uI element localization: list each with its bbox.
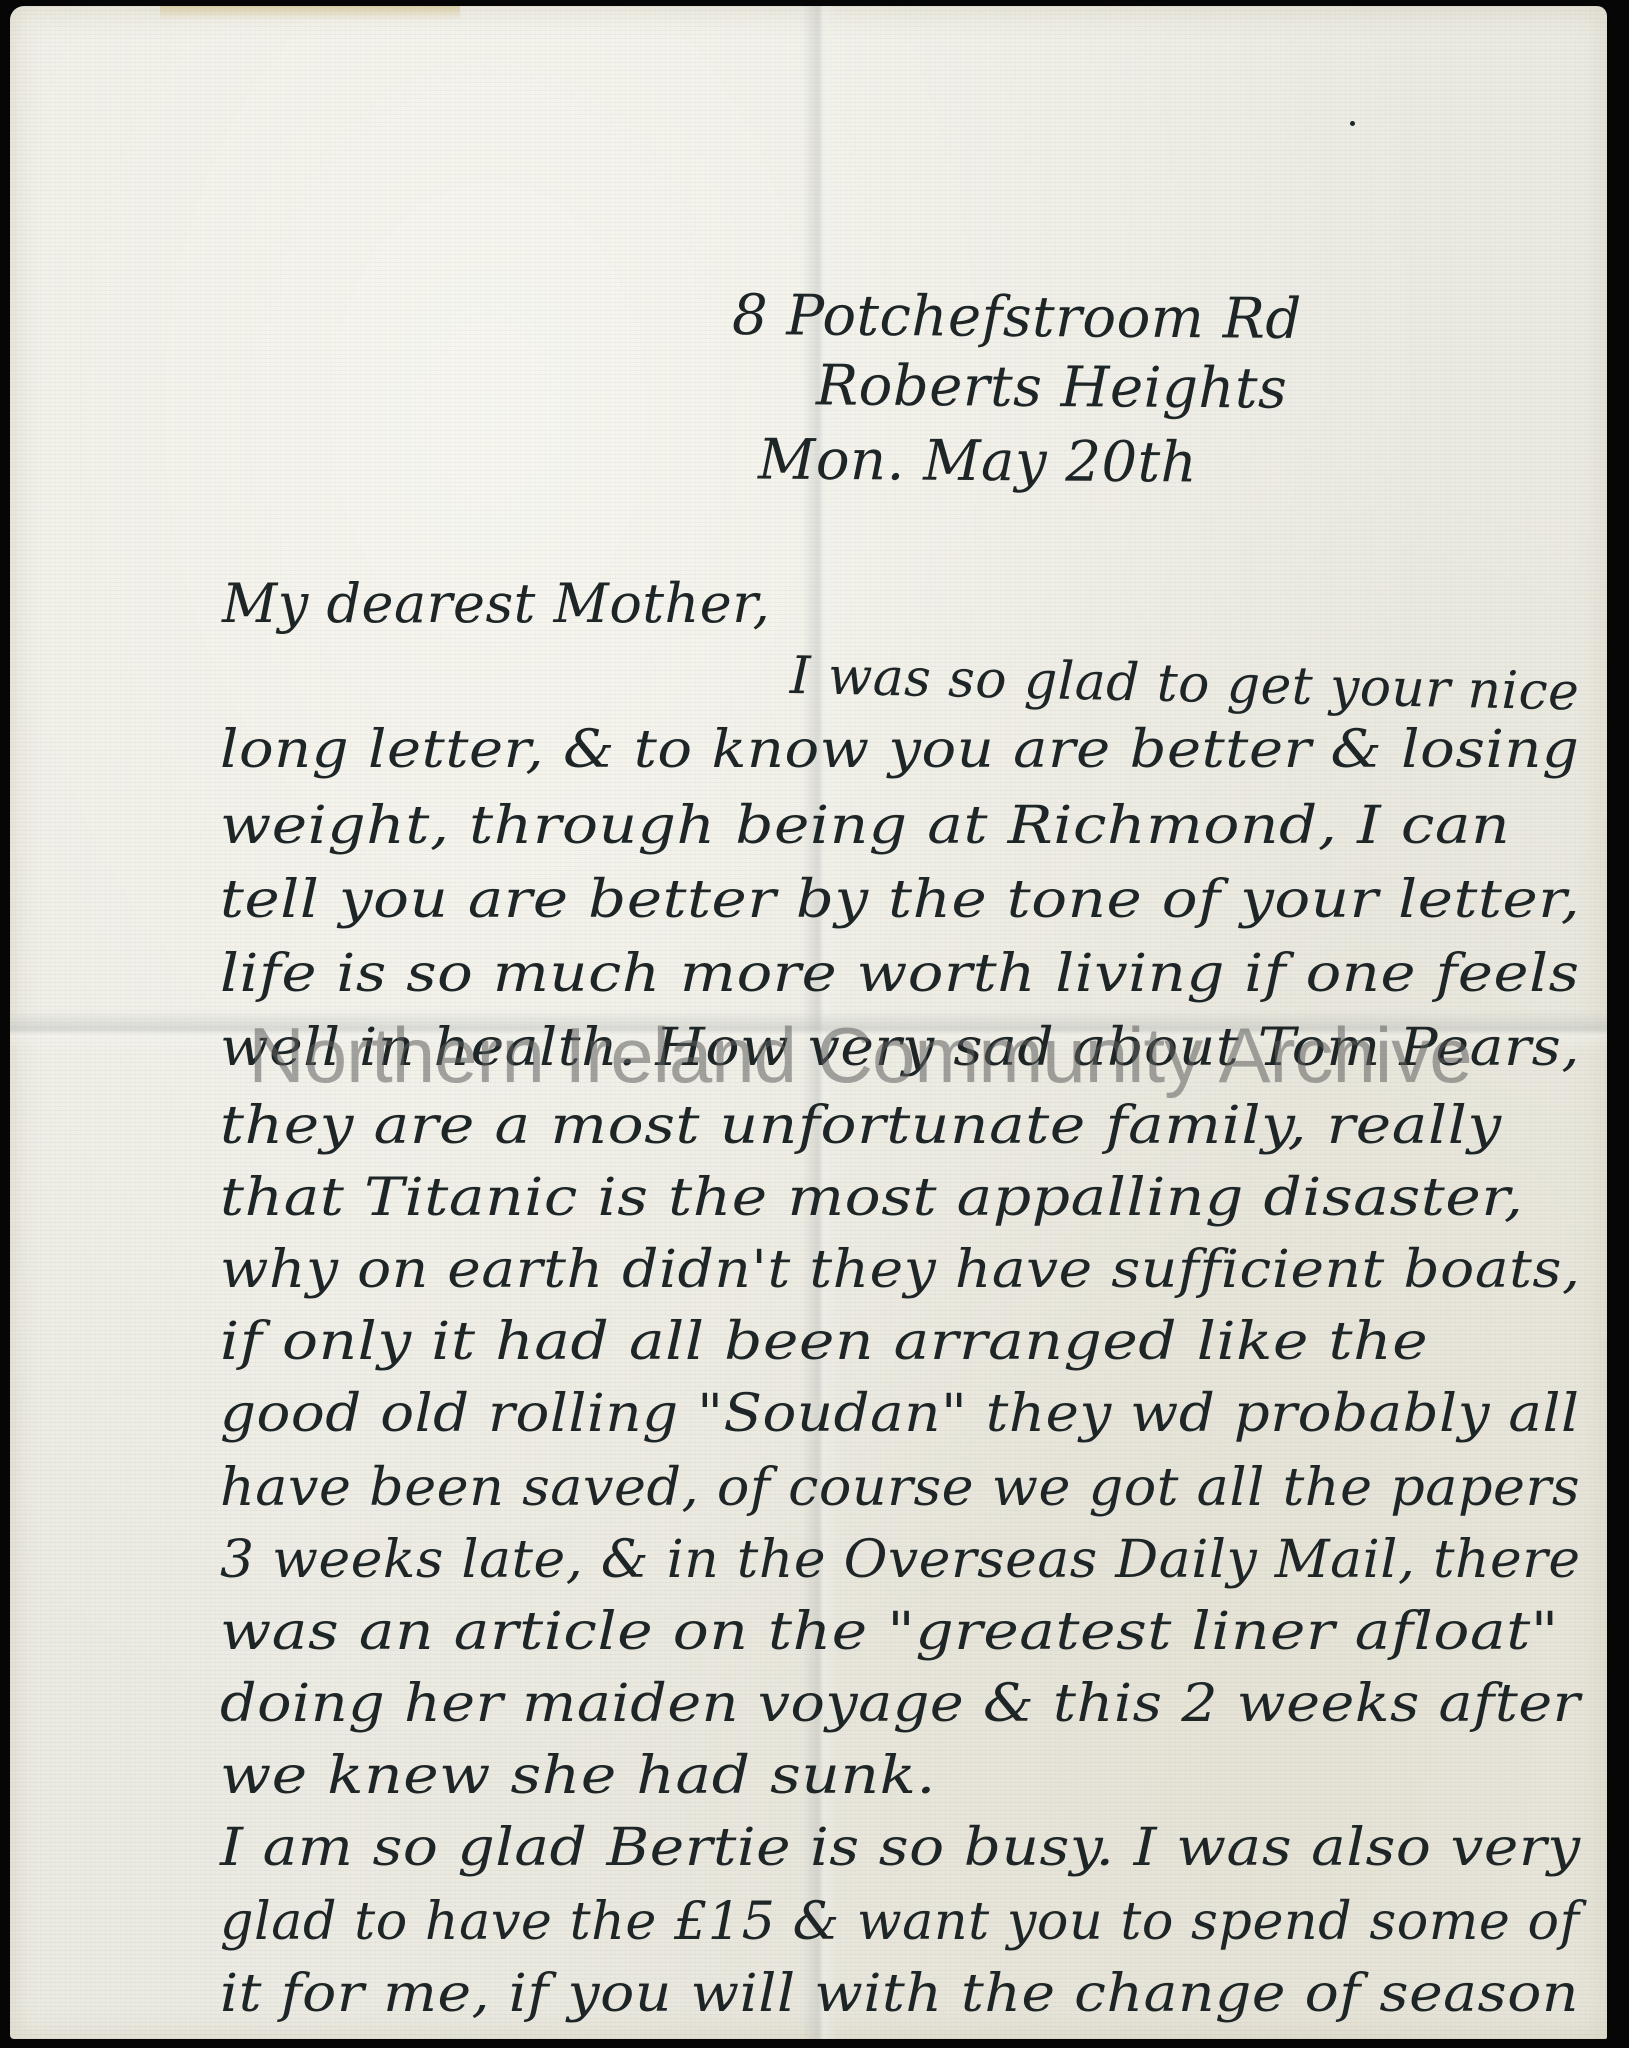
letter-line: it for me, if you will with the change o… — [220, 1964, 1579, 2024]
letter-line: was an article on the "greatest liner af… — [220, 1602, 1559, 1662]
letter-line: glad to have the £15 & want you to spend… — [220, 1892, 1579, 1952]
letter-line: weight, through being at Richmond, I can — [220, 796, 1510, 856]
letter-line: we knew she had sunk. — [220, 1746, 936, 1806]
salutation: My dearest Mother, — [222, 572, 770, 635]
address-locality: Roberts Heights — [816, 356, 1288, 419]
letter-line: why on earth didn't they have sufficient… — [220, 1240, 1581, 1300]
letter-line: well in health. How very sad about Tom P… — [220, 1018, 1580, 1078]
letter-line: life is so much more worth living if one… — [220, 944, 1580, 1004]
letter-line: good old rolling "Soudan" they wd probab… — [220, 1384, 1579, 1444]
letter-date: Mon. May 20th — [758, 430, 1198, 493]
paper-stain — [160, 6, 460, 20]
letter-line: long letter, & to know you are better & … — [220, 720, 1579, 780]
letter-line: they are a most unfortunate family, real… — [220, 1096, 1502, 1156]
letter-line: doing her maiden voyage & this 2 weeks a… — [220, 1674, 1581, 1734]
address-street: 8 Potchefstroom Rd — [732, 286, 1302, 350]
letter-page: 8 Potchefstroom Rd Roberts Heights Mon. … — [10, 6, 1607, 2039]
reverse-side-bleed-through — [240, 96, 1420, 216]
letter-line: tell you are better by the tone of your … — [220, 870, 1580, 930]
ink-dot — [1350, 121, 1355, 126]
letter-line: have been saved, of course we got all th… — [220, 1458, 1580, 1518]
letter-line: if only it had all been arranged like th… — [220, 1312, 1428, 1372]
letter-line: that Titanic is the most appalling disas… — [220, 1168, 1524, 1228]
letter-line: I was so glad to get your nice — [789, 646, 1580, 723]
letter-line: 3 weeks late, & in the Overseas Daily Ma… — [220, 1530, 1581, 1590]
letter-line: I am so glad Bertie is so busy. I was al… — [220, 1818, 1581, 1878]
